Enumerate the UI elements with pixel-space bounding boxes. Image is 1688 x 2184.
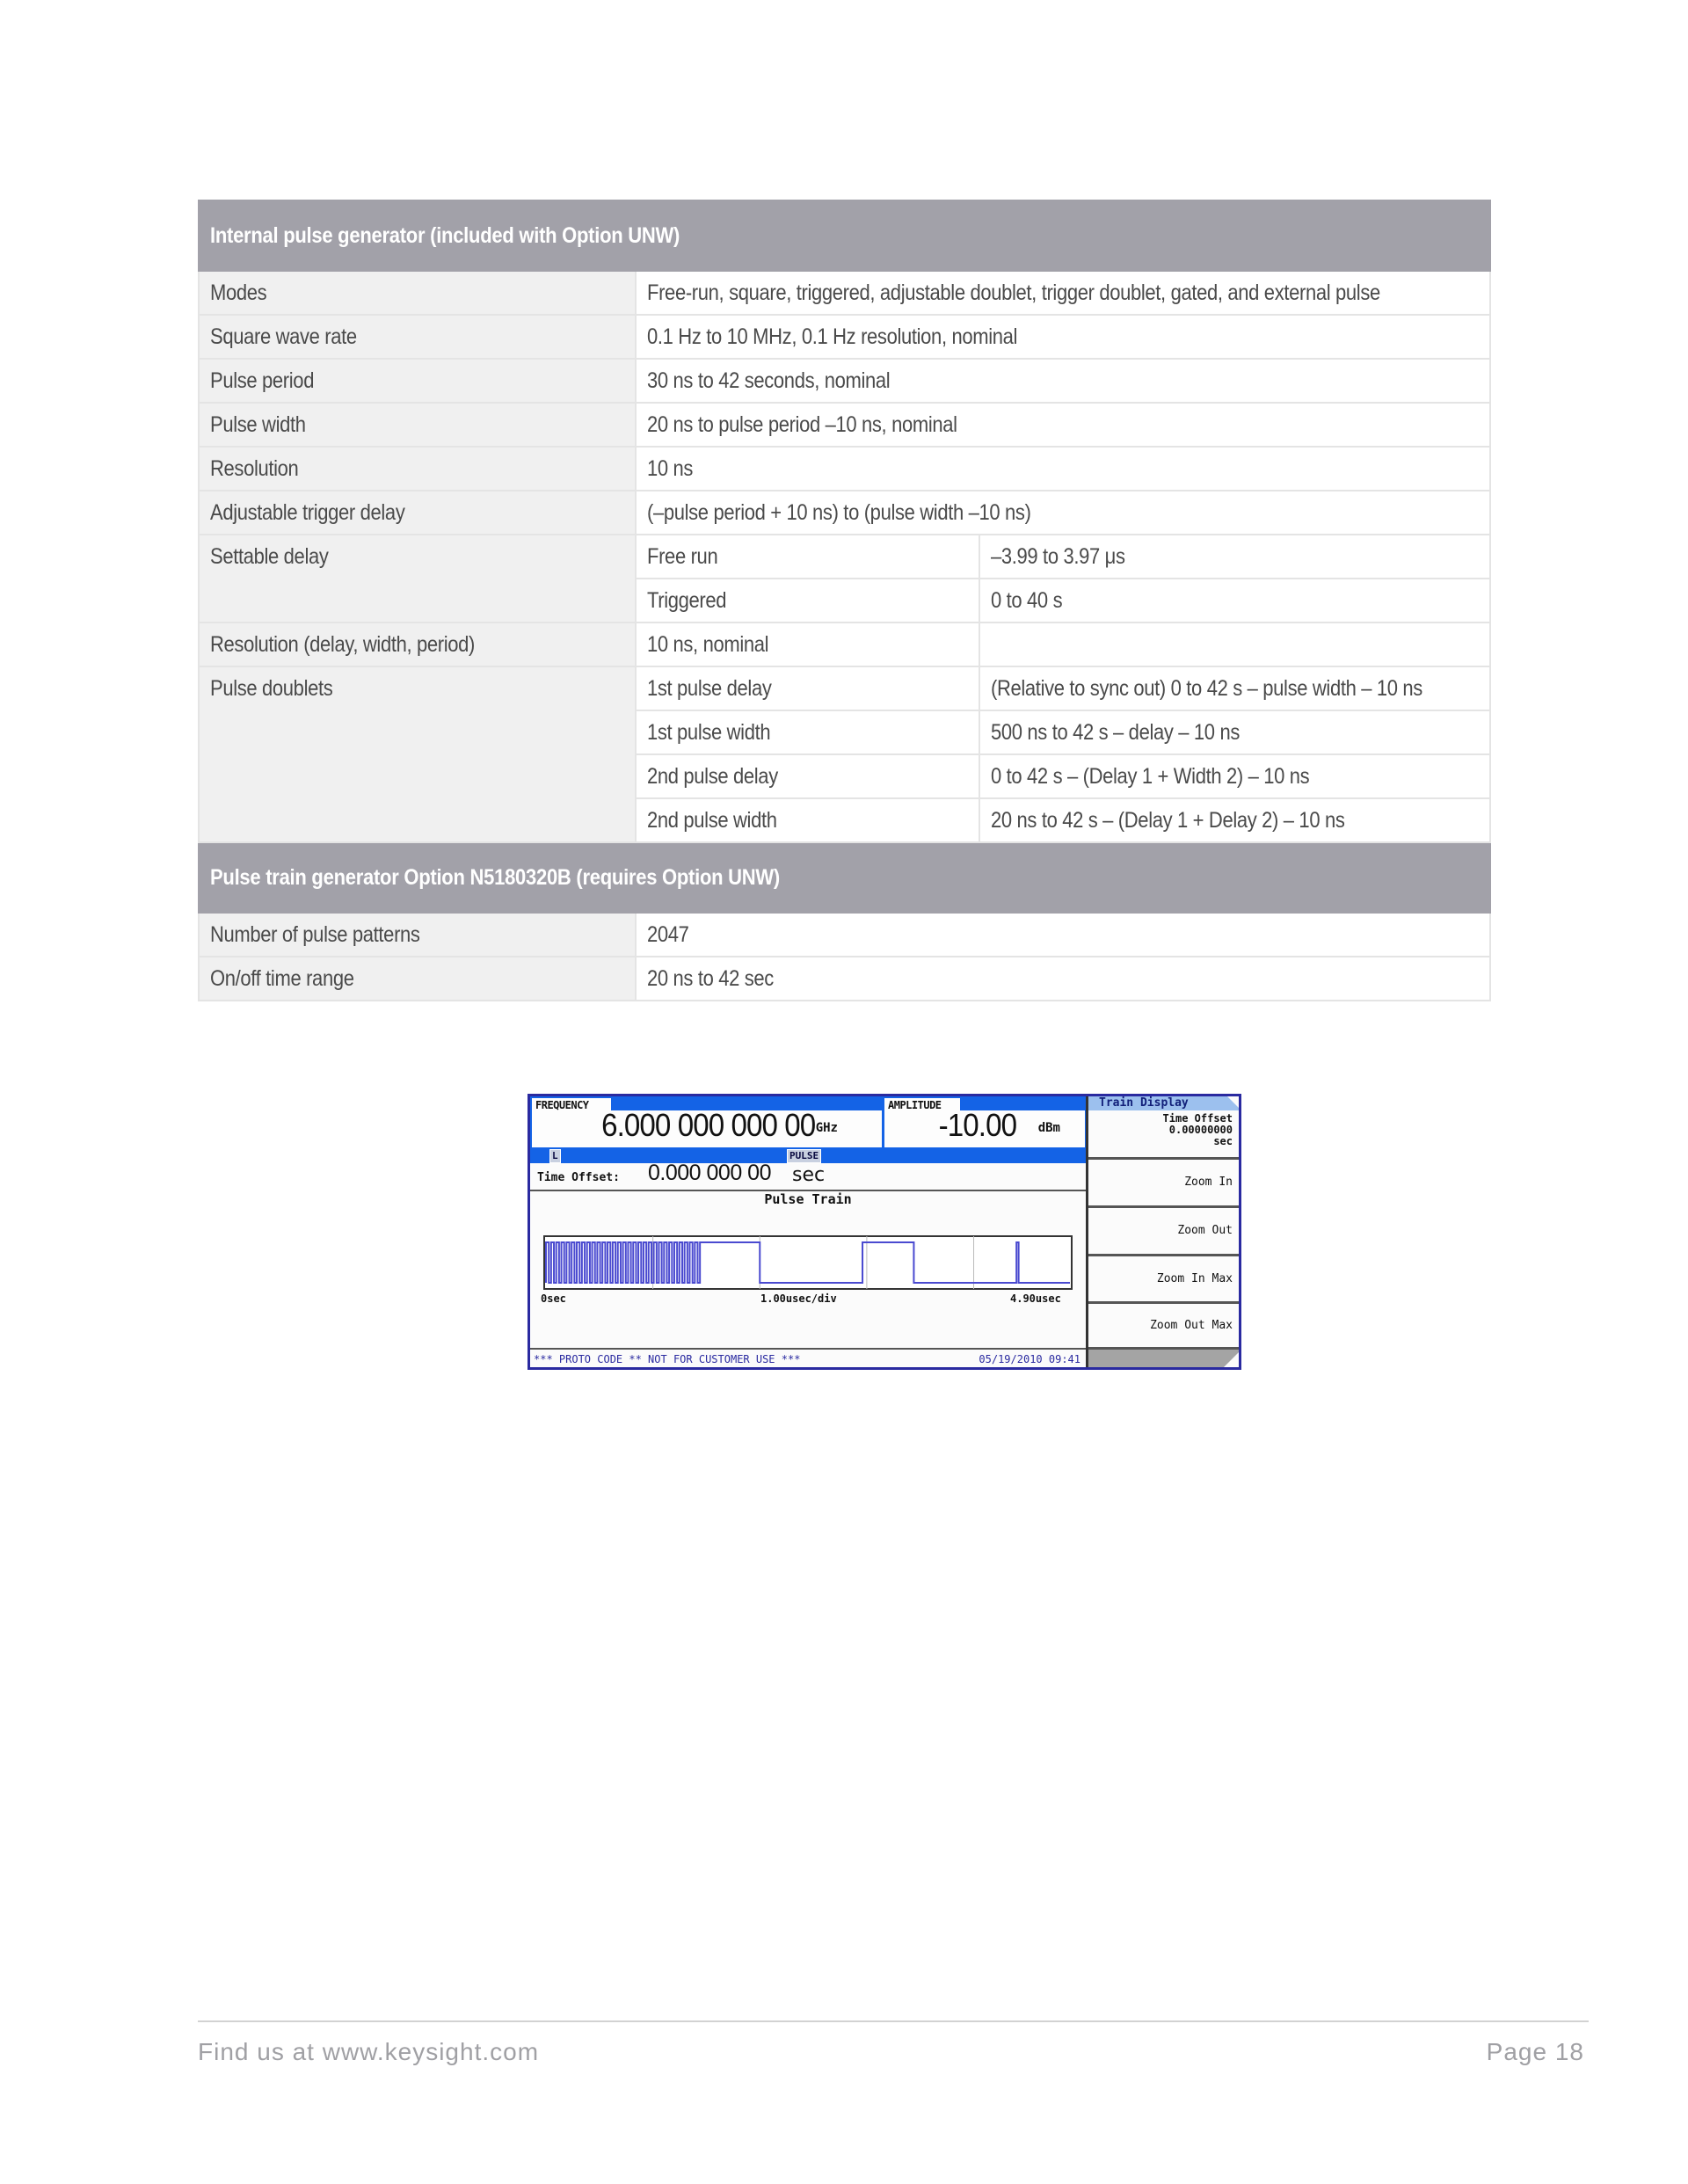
axis-end-label: 4.90usec <box>1010 1292 1061 1305</box>
frequency-value: 6.000 000 000 00 <box>601 1107 815 1144</box>
footer-divider <box>198 2020 1589 2022</box>
section-header-row: Internal pulse generator (included with … <box>199 200 1490 271</box>
sub-label: 2nd pulse delay <box>636 754 979 798</box>
section-title: Internal pulse generator (included with … <box>199 200 1490 271</box>
row-label: Adjustable trigger delay <box>199 491 636 535</box>
row-value: –3.99 to 3.97 μs <box>979 535 1490 579</box>
row-label: Number of pulse patterns <box>199 913 636 957</box>
softkey-label: Zoom In Max <box>1088 1256 1233 1301</box>
softkey-label: Zoom Out Max <box>1088 1304 1233 1347</box>
table-row: Adjustable trigger delay(–pulse period +… <box>199 491 1490 535</box>
table-row: Pulse width20 ns to pulse period –10 ns,… <box>199 403 1490 447</box>
axis-scale-label: 1.00usec/div <box>760 1292 837 1305</box>
section-title: Pulse train generator Option N5180320B (… <box>199 842 1490 913</box>
row-label: On/off time range <box>199 957 636 1001</box>
softkey-zoom-out-max[interactable]: Zoom Out Max <box>1088 1304 1241 1350</box>
footer-website[interactable]: Find us at www.keysight.com <box>198 2038 539 2066</box>
row-label: Pulse period <box>199 359 636 403</box>
row-value: 0.1 Hz to 10 MHz, 0.1 Hz resolution, nom… <box>636 315 1490 359</box>
softkey-label: Zoom In <box>1088 1160 1233 1205</box>
sub-label: 2nd pulse width <box>636 798 979 842</box>
time-offset-row: Time Offset: 0.000 000 00 sec <box>530 1163 1086 1191</box>
row-value <box>979 622 1490 666</box>
table-row: ModesFree-run, square, triggered, adjust… <box>199 271 1490 315</box>
annunciator-strip: L PULSE <box>530 1147 1086 1163</box>
table-row: Settable delayFree run–3.99 to 3.97 μs <box>199 535 1490 579</box>
row-label: Square wave rate <box>199 315 636 359</box>
time-offset-label: Time Offset: <box>537 1171 620 1184</box>
row-label: Resolution <box>199 447 636 491</box>
annunciator-l: L <box>549 1149 561 1163</box>
axis-start-label: 0sec <box>541 1292 566 1305</box>
status-message: *** PROTO CODE ** NOT FOR CUSTOMER USE *… <box>534 1353 800 1365</box>
row-label: Settable delay <box>199 535 636 622</box>
sub-label: 10 ns, nominal <box>636 622 979 666</box>
amplitude-panel: AMPLITUDE -10.00 dBm <box>884 1098 1085 1147</box>
row-value: 30 ns to 42 seconds, nominal <box>636 359 1490 403</box>
frequency-panel: FREQUENCY 6.000 000 000 00 GHz <box>532 1098 882 1147</box>
graph-title: Pulse Train <box>530 1191 1086 1207</box>
sub-label: 1st pulse width <box>636 710 979 754</box>
sub-label: 1st pulse delay <box>636 666 979 710</box>
table-row: Resolution10 ns <box>199 447 1490 491</box>
softkey-time-offset[interactable]: Time Offset0.00000000sec <box>1088 1110 1241 1160</box>
pulse-train-graph <box>543 1235 1073 1290</box>
softkey-zoom-in-max[interactable]: Zoom In Max <box>1088 1256 1241 1304</box>
row-value: 0 to 40 s <box>979 579 1490 622</box>
status-bar: *** PROTO CODE ** NOT FOR CUSTOMER USE *… <box>530 1348 1086 1369</box>
softkey-panel: Train Display Time Offset0.00000000secZo… <box>1086 1096 1241 1367</box>
softkey-label: 0.00000000 <box>1088 1125 1233 1136</box>
row-label: Pulse doublets <box>199 666 636 842</box>
frequency-label: FREQUENCY <box>535 1099 589 1111</box>
softkey-zoom-in[interactable]: Zoom In <box>1088 1160 1241 1208</box>
row-value: 500 ns to 42 s – delay – 10 ns <box>979 710 1490 754</box>
amplitude-value: -10.00 <box>939 1107 1016 1144</box>
table-row: Square wave rate0.1 Hz to 10 MHz, 0.1 Hz… <box>199 315 1490 359</box>
row-value: 10 ns <box>636 447 1490 491</box>
frequency-unit: GHz <box>816 1121 838 1135</box>
amplitude-unit: dBm <box>1038 1121 1060 1135</box>
row-label: Pulse width <box>199 403 636 447</box>
status-datetime: 05/19/2010 09:41 <box>979 1353 1080 1365</box>
time-offset-unit: sec <box>792 1164 825 1186</box>
table-row: On/off time range20 ns to 42 sec <box>199 957 1490 1001</box>
row-value: 20 ns to 42 s – (Delay 1 + Delay 2) – 10… <box>979 798 1490 842</box>
page-number: Page 18 <box>1487 2038 1584 2066</box>
softkey-zoom-out[interactable]: Zoom Out <box>1088 1208 1241 1256</box>
row-value: (Relative to sync out) 0 to 42 s – pulse… <box>979 666 1490 710</box>
row-value: 20 ns to pulse period –10 ns, nominal <box>636 403 1490 447</box>
softkey-menu-title: Train Display <box>1088 1096 1241 1110</box>
softkey-label: Zoom Out <box>1088 1208 1233 1254</box>
table-row: Resolution (delay, width, period)10 ns, … <box>199 622 1490 666</box>
row-label: Modes <box>199 271 636 315</box>
instrument-screenshot: FREQUENCY 6.000 000 000 00 GHz AMPLITUDE… <box>527 1094 1241 1370</box>
table-row: Pulse doublets1st pulse delay(Relative t… <box>199 666 1490 710</box>
amplitude-label: AMPLITUDE <box>888 1099 942 1111</box>
row-value: (–pulse period + 10 ns) to (pulse width … <box>636 491 1490 535</box>
row-value: 2047 <box>636 913 1490 957</box>
spec-table: Internal pulse generator (included with … <box>198 200 1491 1001</box>
sub-label: Triggered <box>636 579 979 622</box>
row-value: Free-run, square, triggered, adjustable … <box>636 271 1490 315</box>
time-offset-value: 0.000 000 00 <box>648 1161 771 1186</box>
softkey-more-tab <box>1088 1350 1241 1367</box>
section-header-row: Pulse train generator Option N5180320B (… <box>199 842 1490 913</box>
row-label: Resolution (delay, width, period) <box>199 622 636 666</box>
row-value: 20 ns to 42 sec <box>636 957 1490 1001</box>
table-row: Pulse period30 ns to 42 seconds, nominal <box>199 359 1490 403</box>
table-row: Number of pulse patterns2047 <box>199 913 1490 957</box>
sub-label: Free run <box>636 535 979 579</box>
annunciator-pulse: PULSE <box>787 1149 821 1163</box>
softkey-label: sec <box>1088 1136 1233 1147</box>
row-value: 0 to 42 s – (Delay 1 + Width 2) – 10 ns <box>979 754 1490 798</box>
